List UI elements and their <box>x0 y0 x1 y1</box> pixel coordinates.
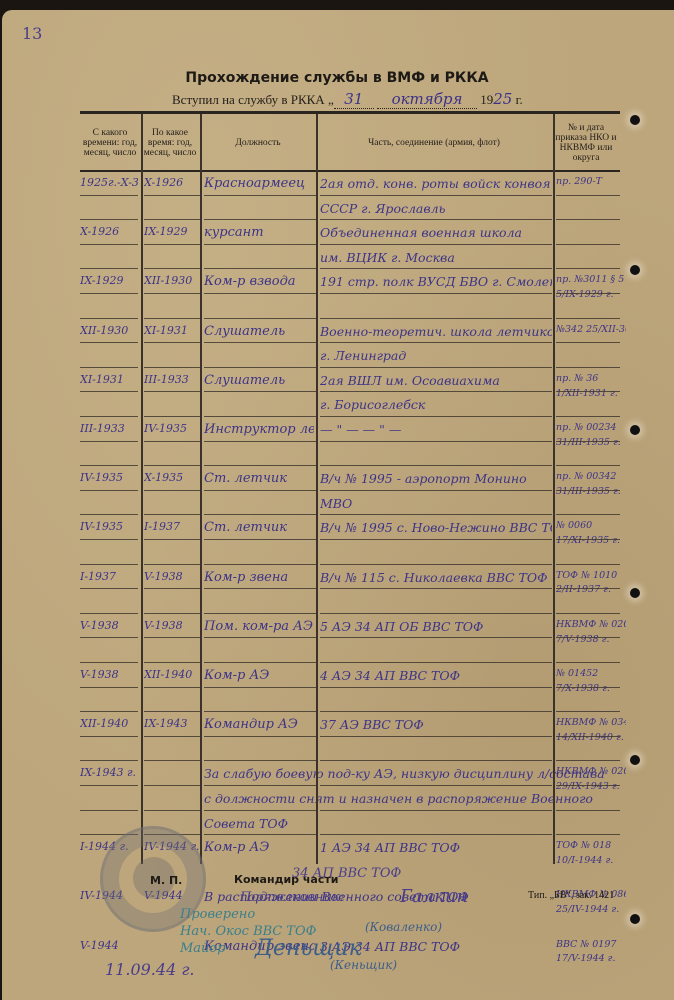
row-rule <box>320 810 552 811</box>
row-to-date: IV-1935 <box>144 422 200 435</box>
row-rule <box>144 342 200 343</box>
row-rule <box>320 293 552 294</box>
row-order-date: 14/XII-1940 г. <box>556 732 626 743</box>
row-rule <box>204 539 316 540</box>
row-position: Ком-р взвода <box>204 274 314 289</box>
enlistment-day: 31 <box>334 90 374 109</box>
row-rule <box>144 490 200 491</box>
table-top-border <box>80 111 620 114</box>
enlistment-month: октября <box>377 90 477 109</box>
header-order: № и дата приказа НКО и НКВМФ или округа <box>552 115 620 170</box>
row-unit: 5 АЭ 34 АП ОБ ВВС ТОФ <box>320 619 552 634</box>
row-position: Слушатель <box>204 324 314 339</box>
commander-rank: Подполковник: <box>240 890 344 905</box>
row-rule <box>320 613 552 614</box>
row-unit: г. Борисоглебск <box>320 397 552 412</box>
row-rule <box>320 834 552 835</box>
row-rule <box>80 219 138 220</box>
row-rule <box>80 613 138 614</box>
row-unit: 1 АЭ 34 АП ВВС ТОФ <box>320 840 552 855</box>
document-title: Прохождение службы в ВМФ и РККА <box>0 70 674 86</box>
punch-hole-icon <box>630 914 640 924</box>
row-rule <box>320 318 552 319</box>
row-from-date: IX-1929 <box>80 274 138 287</box>
row-order: НКВМФ № 02085 <box>556 766 626 777</box>
row-rule <box>80 637 138 638</box>
row-rule <box>556 416 620 417</box>
row-rule <box>144 711 200 712</box>
row-rule <box>556 736 620 737</box>
row-position: Красноармеец <box>204 176 314 191</box>
row-rule <box>204 662 316 663</box>
row-note: Совета ТОФ <box>204 816 604 831</box>
row-rule <box>144 637 200 638</box>
row-rule <box>144 514 200 515</box>
row-rule <box>204 613 316 614</box>
row-rule <box>144 416 200 417</box>
row-rule <box>556 244 620 245</box>
row-unit: 37 АЭ ВВС ТОФ <box>320 717 552 732</box>
row-unit: 2ая ВШЛ им. Осоавиахима <box>320 373 552 388</box>
enlistment-year-suffix: 25 <box>493 90 512 108</box>
row-rule <box>320 465 552 466</box>
row-rule <box>204 342 316 343</box>
verifier-name: (Коваленко) <box>365 920 442 934</box>
row-order-date: 5/IX-1929 г. <box>556 289 626 300</box>
row-to-date: IX-1929 <box>144 225 200 238</box>
row-order-date: 25/IV-1944 г. <box>556 904 626 915</box>
row-rule <box>556 441 620 442</box>
row-from-date: XI-1931 <box>80 373 138 386</box>
enlistment-label: Вступил на службу в РККА <box>172 92 325 107</box>
row-rule <box>556 514 620 515</box>
row-to-date: XI-1931 <box>144 324 200 337</box>
row-from-date: IV-1935 <box>80 520 138 533</box>
row-rule <box>320 367 552 368</box>
header-position: Должность <box>200 115 316 170</box>
row-to-date: X-1935 <box>144 471 200 484</box>
row-order-date: 17/V-1944 г. <box>556 953 626 964</box>
row-order: №342 25/XII-30 г. <box>556 324 626 335</box>
row-rule <box>144 760 200 761</box>
row-order: ТОФ № 1010 <box>556 570 626 581</box>
row-unit: В/ч № 115 с. Николаевка ВВС ТОФ <box>320 570 552 585</box>
row-unit: В/ч № 1995 - аэропорт Монино <box>320 471 552 486</box>
punch-hole-icon <box>630 588 640 598</box>
row-rule <box>80 736 138 737</box>
row-position: Командир АЭ <box>204 717 314 732</box>
row-rule <box>204 588 316 589</box>
row-rule <box>556 195 620 196</box>
row-rule <box>320 219 552 220</box>
enlistment-line: Вступил на службу в РККА „31 октября 192… <box>172 90 523 109</box>
stamp-label: М. П. <box>150 874 182 887</box>
row-from-date: V-1938 <box>80 668 138 681</box>
row-rule <box>144 244 200 245</box>
commander-unit-handwritten: 34 АП ВВС ТОФ <box>292 866 401 881</box>
punch-hole-icon <box>630 755 640 765</box>
row-rule <box>204 564 316 565</box>
row-rule <box>204 711 316 712</box>
row-order-date: 7/X-1938 г. <box>556 683 626 694</box>
row-rule <box>556 711 620 712</box>
row-rule <box>556 318 620 319</box>
commander-signature: Галкин <box>400 886 468 907</box>
row-rule <box>320 195 552 196</box>
row-rule <box>320 588 552 589</box>
verifier-name-2: (Кеньщик) <box>330 958 397 972</box>
row-rule <box>80 195 138 196</box>
row-note: с должности снят и назначен в распоряжен… <box>204 791 604 806</box>
punch-hole-icon <box>630 425 640 435</box>
row-from-date: XII-1930 <box>80 324 138 337</box>
row-rule <box>320 441 552 442</box>
row-unit: 2ая отд. конв. роты войск конвоя <box>320 176 552 191</box>
row-position: Ком-р АЭ <box>204 668 314 683</box>
row-rule <box>320 391 552 392</box>
row-rule <box>144 588 200 589</box>
row-order-date: 29/IX-1943 г. <box>556 781 626 792</box>
header-to: По какое время: год, месяц, число <box>140 115 200 170</box>
row-rule <box>144 785 200 786</box>
row-rule <box>204 268 316 269</box>
row-rule <box>204 244 316 245</box>
row-rule <box>556 588 620 589</box>
row-rule <box>144 268 200 269</box>
row-from-date: IX-1943 г. <box>80 766 138 779</box>
row-rule <box>556 662 620 663</box>
row-rule <box>320 564 552 565</box>
row-rule <box>204 736 316 737</box>
row-to-date: XII-1940 <box>144 668 200 681</box>
row-rule <box>320 662 552 663</box>
row-rule <box>80 514 138 515</box>
row-order-date: 1/XII-1931 г. <box>556 388 626 399</box>
row-rule <box>320 268 552 269</box>
enlistment-year-unit: г. <box>516 92 523 107</box>
row-rule <box>204 465 316 466</box>
row-rule <box>144 736 200 737</box>
row-rule <box>556 637 620 638</box>
row-to-date: I-1937 <box>144 520 200 533</box>
row-to-date: V-1938 <box>144 570 200 583</box>
row-unit: г. Ленинград <box>320 348 552 363</box>
row-rule <box>144 441 200 442</box>
row-order: пр. № 00234 <box>556 422 626 433</box>
row-order: ВВС № 0197 <box>556 939 626 950</box>
row-rule <box>320 711 552 712</box>
row-rule <box>80 564 138 565</box>
row-rule <box>80 268 138 269</box>
row-rule <box>204 514 316 515</box>
row-order: пр. № 00342 <box>556 471 626 482</box>
row-order: № 01452 <box>556 668 626 679</box>
header-unit: Часть, соединение (армия, флот) <box>316 115 552 170</box>
row-from-date: X-1926 <box>80 225 138 238</box>
row-rule <box>204 219 316 220</box>
punch-hole-icon <box>630 115 640 125</box>
row-order: ТОФ № 018 <box>556 840 626 851</box>
row-to-date: III-1933 <box>144 373 200 386</box>
row-rule <box>556 465 620 466</box>
row-unit: Объединенная военная школа <box>320 225 552 240</box>
row-rule <box>80 588 138 589</box>
row-from-date: V-1944 <box>80 939 138 952</box>
row-rule <box>320 490 552 491</box>
row-unit: 4 АЭ 34 АП ВВС ТОФ <box>320 668 552 683</box>
row-rule <box>80 391 138 392</box>
row-order: пр. 290-Т <box>556 176 626 187</box>
row-from-date: XII-1940 <box>80 717 138 730</box>
verification-date: 11.09.44 г. <box>105 960 195 979</box>
row-rule <box>144 810 200 811</box>
row-rule <box>204 441 316 442</box>
row-rule <box>80 318 138 319</box>
row-rule <box>556 810 620 811</box>
header-bottom-border <box>80 170 620 172</box>
row-rule <box>144 318 200 319</box>
verification-line: Проверено <box>180 906 316 923</box>
row-from-date: 1925г.-X-31 <box>80 176 138 189</box>
row-rule <box>320 514 552 515</box>
row-rule <box>556 785 620 786</box>
row-position: Слушатель <box>204 373 314 388</box>
row-order-date: 10/I-1944 г. <box>556 855 626 866</box>
row-unit: В/ч № 1995 с. Ново-Нежино ВВС ТОФ <box>320 520 552 535</box>
row-rule <box>320 687 552 688</box>
row-rule <box>80 810 138 811</box>
enlistment-year-prefix: 19 <box>480 92 493 107</box>
row-rule <box>144 367 200 368</box>
row-order: № 0060 <box>556 520 626 531</box>
row-rule <box>80 760 138 761</box>
row-rule <box>556 613 620 614</box>
row-position: курсант <box>204 225 314 240</box>
row-unit: МВО <box>320 496 552 511</box>
row-rule <box>556 760 620 761</box>
row-rule <box>80 687 138 688</box>
row-note: За слабую боевую под-ку АЭ, низкую дисци… <box>204 766 604 781</box>
row-rule <box>204 293 316 294</box>
row-to-date: X-1926 <box>144 176 200 189</box>
row-rule <box>80 490 138 491</box>
row-order: пр. № 36 <box>556 373 626 384</box>
row-order-date: 7/V-1938 г. <box>556 634 626 645</box>
row-rule <box>144 539 200 540</box>
row-rule <box>556 391 620 392</box>
row-rule <box>204 760 316 761</box>
row-order-date: 2/II-1937 г. <box>556 584 626 595</box>
row-order: НКВМФ № 0203 <box>556 619 626 630</box>
row-position: Инструктор летчик <box>204 422 314 437</box>
row-rule <box>556 834 620 835</box>
row-rule <box>144 195 200 196</box>
row-position: Ст. летчик <box>204 471 314 486</box>
row-rule <box>204 490 316 491</box>
row-rule <box>204 195 316 196</box>
row-rule <box>80 662 138 663</box>
column-divider <box>553 114 555 864</box>
row-rule <box>556 342 620 343</box>
row-rule <box>320 785 552 786</box>
row-rule <box>320 637 552 638</box>
column-divider <box>200 114 202 864</box>
row-rule <box>320 342 552 343</box>
row-rule <box>80 441 138 442</box>
printer-mark: Тип. „БВ“, зак. 1421 <box>528 890 614 901</box>
row-rule <box>144 564 200 565</box>
row-position: Пом. ком-ра АЭ <box>204 619 314 634</box>
row-unit: 191 стр. полк ВУСД БВО г. Смоленск <box>320 274 552 289</box>
row-rule <box>556 564 620 565</box>
row-rule <box>204 637 316 638</box>
row-rule <box>204 810 316 811</box>
row-rule <box>320 736 552 737</box>
row-rule <box>204 785 316 786</box>
row-rule <box>320 244 552 245</box>
row-from-date: V-1938 <box>80 619 138 632</box>
row-rule <box>556 219 620 220</box>
row-rule <box>80 293 138 294</box>
table-header: С какого времени: год, месяц, число По к… <box>80 115 620 170</box>
row-rule <box>556 293 620 294</box>
row-rule <box>144 391 200 392</box>
row-rule <box>80 785 138 786</box>
row-rule <box>80 465 138 466</box>
column-divider <box>316 114 318 864</box>
row-rule <box>556 367 620 368</box>
row-rule <box>204 687 316 688</box>
row-rule <box>80 539 138 540</box>
row-from-date: I-1937 <box>80 570 138 583</box>
row-order: НКВМФ № 03474 <box>556 717 626 728</box>
row-rule <box>80 416 138 417</box>
row-rule <box>144 613 200 614</box>
column-divider <box>141 114 143 864</box>
row-rule <box>144 687 200 688</box>
row-rule <box>320 416 552 417</box>
row-order-date: 31/III-1935 г. <box>556 486 626 497</box>
row-to-date: IX-1943 <box>144 717 200 730</box>
row-position: Ком-р звена <box>204 570 314 585</box>
row-from-date: III-1933 <box>80 422 138 435</box>
row-rule <box>144 465 200 466</box>
row-rule <box>204 416 316 417</box>
page-number: 13 <box>22 24 42 43</box>
row-unit: им. ВЦИК г. Москва <box>320 250 552 265</box>
row-rule <box>556 539 620 540</box>
row-rule <box>204 367 316 368</box>
row-position: Ком-р АЭ <box>204 840 314 855</box>
row-rule <box>320 539 552 540</box>
row-rule <box>204 391 316 392</box>
row-rule <box>556 268 620 269</box>
row-rule <box>556 687 620 688</box>
row-rule <box>320 760 552 761</box>
row-from-date: IV-1935 <box>80 471 138 484</box>
row-rule <box>144 662 200 663</box>
row-rule <box>80 342 138 343</box>
row-rule <box>144 293 200 294</box>
punch-hole-icon <box>630 265 640 275</box>
row-order: пр. №3011 § 5 <box>556 274 626 285</box>
row-rule <box>204 318 316 319</box>
row-unit: — " — — " — <box>320 422 552 437</box>
row-rule <box>80 244 138 245</box>
row-unit: Военно-теоретич. школа летчиков <box>320 324 552 339</box>
row-rule <box>204 834 316 835</box>
row-to-date: XII-1930 <box>144 274 200 287</box>
row-rule <box>80 711 138 712</box>
row-to-date: V-1938 <box>144 619 200 632</box>
row-unit: СССР г. Ярославль <box>320 201 552 216</box>
row-order-date: 31/III-1935 г. <box>556 437 626 448</box>
header-from: С какого времени: год, месяц, число <box>80 115 140 170</box>
row-rule <box>80 367 138 368</box>
row-rule <box>556 490 620 491</box>
row-rule <box>144 219 200 220</box>
row-order-date: 17/XI-1935 г. <box>556 535 626 546</box>
row-position: Ст. летчик <box>204 520 314 535</box>
